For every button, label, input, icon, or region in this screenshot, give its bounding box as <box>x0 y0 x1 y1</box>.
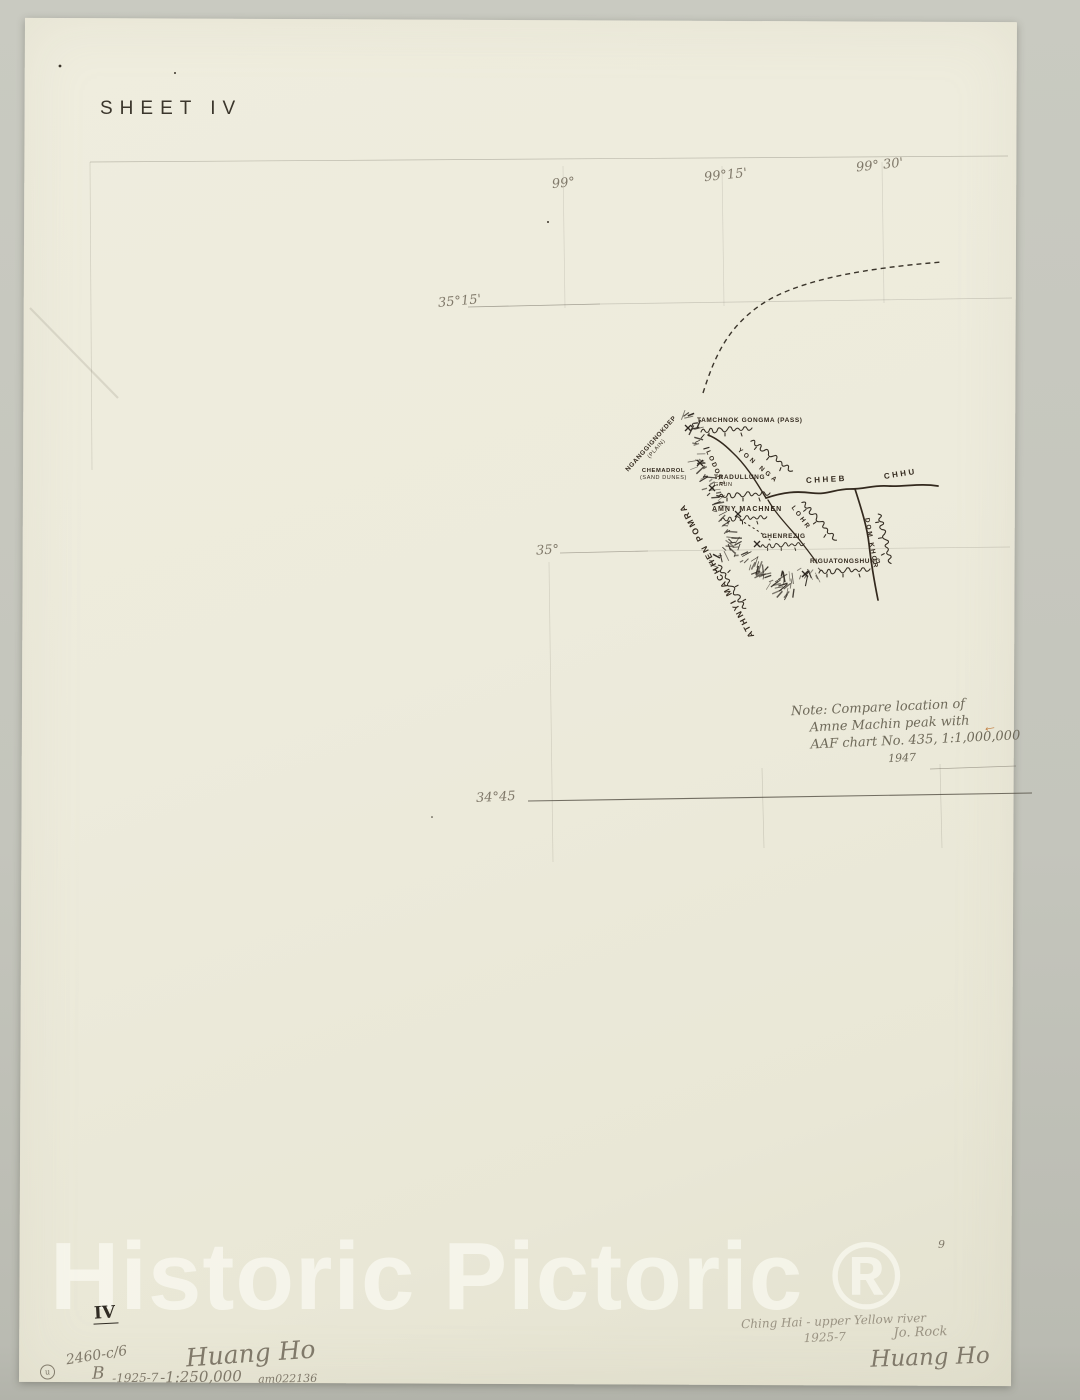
date-note: 1925-7 <box>803 1330 846 1345</box>
label-chemadrol: CHEMADROL (SAND DUNES) <box>640 468 687 482</box>
label-chemadrol-sub: (SAND DUNES) <box>640 475 687 482</box>
label-tradullung: TRADULLUNG GHUN <box>714 474 765 489</box>
label-tradullung-sub: GHUN <box>714 482 765 489</box>
circled-mark: u <box>40 1364 55 1379</box>
bottom-right-annotations: Ching Hai - upper Yellow river 1925-7 Jo… <box>741 1307 1043 1387</box>
huang-ho-left: Huang Ho <box>185 1334 316 1372</box>
label-amny-machnen: AMNY MACHNEN <box>712 506 782 515</box>
bottom-left-annotations: u 2460-c/6 B -1925-7 Huang Ho -1:250,000… <box>39 1337 340 1400</box>
orange-arrow-mark: ← <box>981 717 999 736</box>
rock-signature: Jo. Rock <box>893 1324 947 1341</box>
b-mark: B <box>92 1363 105 1383</box>
label-tamchnok-gongma: TAMCHNOK GONGMA (PASS) <box>697 417 803 425</box>
sheet-number-bottom: IV <box>92 1302 118 1324</box>
year-note: -1925-7 <box>112 1371 159 1386</box>
label-chheb: CHHEB <box>806 474 847 486</box>
label-chenrezig: CHENREZIG <box>762 533 806 541</box>
sheet-title: SHEET IV <box>100 98 242 120</box>
scale-note: -1:250,000 <box>160 1367 242 1386</box>
label-tradullung-name: TRADULLUNG <box>714 474 765 481</box>
latitude-label-35: 35° <box>536 542 560 558</box>
latitude-label-3445: 34°45 <box>476 789 516 806</box>
id-code: am022136 <box>258 1372 317 1386</box>
label-chemadrol-name: CHEMADROL <box>642 468 685 474</box>
scanned-map-page: { "sheet": { "title": "SHEET IV", "numbe… <box>0 0 1080 1400</box>
stray-pencil-mark: 9 <box>938 1238 945 1251</box>
longitude-label-99: 99° <box>551 175 575 192</box>
huang-ho-right: Huang Ho <box>870 1343 990 1373</box>
